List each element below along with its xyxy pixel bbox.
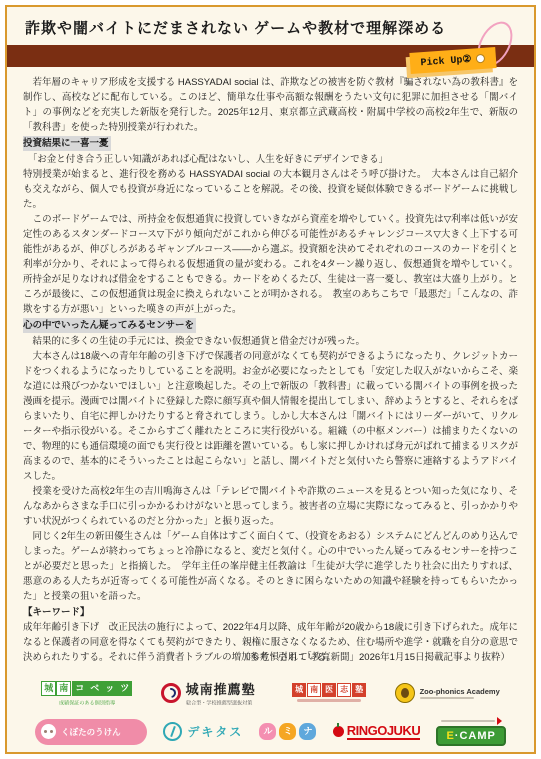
facilitator-paragraph: 特別授業が始まると、進行役を務める HASSYADAI social の大本観月… [23,167,518,212]
intro-paragraph: 若年層のキャリア形成を支援する HASSYADAI social は、詐欺などの… [23,75,518,135]
result-paragraph: 結果的に多くの生徒の手元には、換金できない仮想通貨と借金だけが残った。 [23,334,518,349]
footer-logos: 城南 コベッツ 成績保証のある個別指導 城南推薦塾 総合型・学校推薦型選抜対策 … [7,678,534,746]
newsletter-page: 詐欺や闇バイトにだまされない ゲームや教材で理解深める Pick Up② 若年層… [5,5,536,754]
ringojuku-top: RINGOJUKU [333,724,421,740]
student1-paragraph: 授業を受けた高校2年生の吉川鳴海さんは「テレビで闇バイトや詐欺のニュースを見ると… [23,484,518,529]
jonan-kobetsu-part2: コベッツ [72,678,132,696]
ecamp-letter-e: E [446,730,454,742]
jonan-kobetsu-subtext: 成績保証のある個別指導 [59,699,115,707]
zoo-phonics-monkey-icon [395,683,415,703]
ecamp-wordmark: E·CAMP [436,726,505,746]
zoo-phonics-name: Zoo-phonics Academy [420,687,500,696]
logo-kubotanouken: くぼたのうけん [35,719,147,745]
zoo-phonics-text: Zoo-phonics Academy [420,687,500,699]
keyword-label: 【キーワード】 [23,605,518,620]
section-heading-investment: 投資結果に一喜一憂 [23,136,111,151]
section-heading-sensor: 心の中でいったん疑ってみるセンサーを [23,318,196,333]
article-body: 若年層のキャリア形成を支援する HASSYADAI social は、詐欺などの… [7,67,534,665]
jonan-kobetsu-wordmark: 城南 コベッツ [41,678,132,696]
ecamp-top [441,717,502,725]
suisenjuku-subtext: 総合型・学校推薦型選抜対策 [186,698,252,706]
ringojuku-apple-icon [333,726,344,737]
logo-jonan-kobetsu: 城南 コベッツ 成績保証のある個別指導 [41,678,132,707]
suisenjuku-name: 城南推薦塾 [186,679,256,698]
logo-dekitasu: デキタス [163,722,243,741]
logo-zoo-phonics-academy: Zoo-phonics Academy [395,683,500,703]
explain-paragraph: 大本さんは18歳への青年年齢の引き下げで保護者の同意がなくても契約ができるように… [23,349,518,484]
logo-jonan-ishijuku: 城南医志塾 [292,683,366,702]
tag-hole-icon [476,54,486,64]
kubotanouken-name: くぼたのうけん [61,726,121,738]
kubotanouken-pill: くぼたのうけん [35,719,147,745]
boardgame-paragraph: このボードゲームでは、所持金を仮想通貨に投資していきながら資産を増やしていく。投… [23,212,518,317]
logo-row-2: くぼたのうけん デキタス ルミナ RINGOJUKU [7,717,534,746]
logo-lumina: ルミナ [259,723,316,740]
sheet: 詐欺や闇バイトにだまされない ゲームや教材で理解深める Pick Up② 若年層… [0,0,541,759]
pickup-tag-text: Pick Up② [420,53,472,69]
dekitasu-name: デキタス [187,723,243,740]
logo-jonan-suisenjuku: 城南推薦塾 総合型・学校推薦型選抜対策 [161,679,264,707]
quote-line: 「お金と付き合う正しい知識があれば心配はないし、人生を好きにデザインできる」 [23,152,518,167]
ecamp-subtext-bar [441,720,495,722]
ishijuku-subtext-bar [297,699,361,702]
title-bar: Pick Up② [7,45,534,67]
ringojuku-name: RINGOJUKU [347,724,421,740]
logo-row-1: 城南 コベッツ 成績保証のある個別指導 城南推薦塾 総合型・学校推薦型選抜対策 … [7,678,534,707]
dekitasu-circle-icon [163,722,182,741]
kubotanouken-face-icon [41,724,56,739]
suisenjuku-text: 城南推薦塾 総合型・学校推薦型選抜対策 [186,679,264,707]
logo-ringojuku: RINGOJUKU [333,724,421,740]
ecamp-arrow-icon [497,717,502,725]
ecamp-letters-camp: CAMP [459,730,495,742]
pickup-tag-label: Pick Up② [409,47,496,74]
jonan-kobetsu-part1: 城南 [41,678,71,696]
logo-ecamp: E·CAMP [436,717,505,746]
pickup-tag: Pick Up② [410,38,506,78]
student2-paragraph: 同じく2年生の新田優生さんは「ゲーム自体はすごく面白くて、（投資をあおる）システ… [23,529,518,604]
suisenjuku-swirl-icon [161,683,181,703]
lumina-characters: ルミナ [259,723,316,740]
ishijuku-wordmark: 城南医志塾 [292,683,366,697]
zoo-phonics-subtext-bar [420,697,474,699]
